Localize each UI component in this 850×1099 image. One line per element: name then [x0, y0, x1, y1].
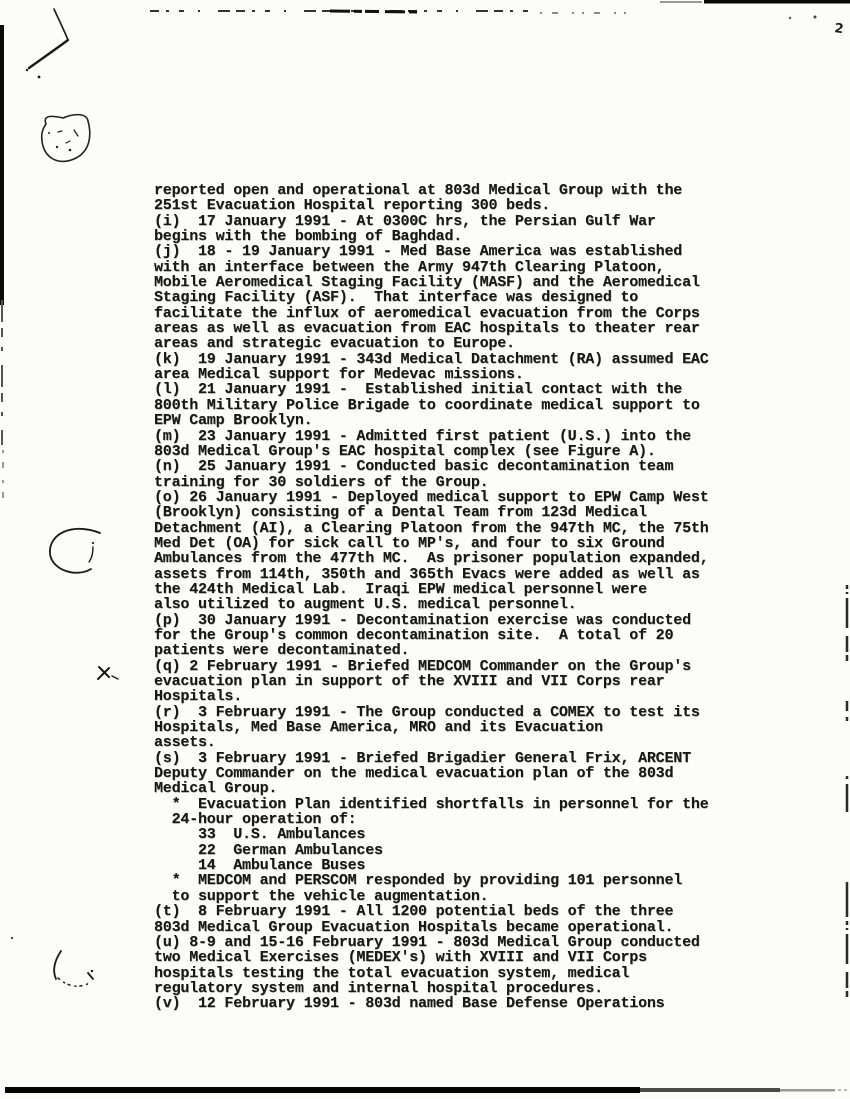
pen-circle-mark [50, 529, 100, 573]
stamp-scribble [42, 115, 90, 162]
top-right-scan-bar [660, 0, 850, 19]
pen-checkmark [26, 9, 68, 78]
pen-tick-mark [98, 667, 118, 679]
left-edge-scan-bar [0, 25, 4, 500]
scanned-document-page: reported open and operational at 803d Me… [0, 0, 850, 1099]
bottom-scan-bar [5, 1087, 850, 1093]
document-body-text: reported open and operational at 803d Me… [154, 183, 709, 1012]
top-dashed-scan-line [150, 11, 630, 13]
pen-paren-mark [11, 937, 93, 986]
page-number: 2 [833, 21, 844, 37]
